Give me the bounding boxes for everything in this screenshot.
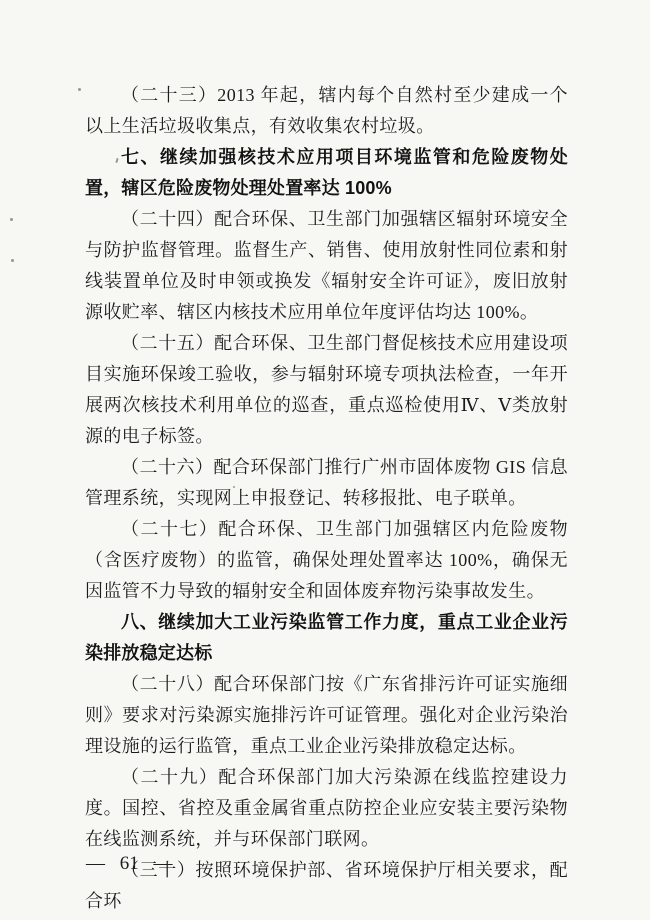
- paragraph-item-27: （二十七）配合环保、卫生部门加强辖区内危险废物（含医疗废物）的监管，确保处理处置…: [85, 514, 568, 607]
- paragraph-item-29: （二十九）配合环保部门加大污染源在线监控建设力度。国控、省控及重金属省重点防控企…: [85, 762, 568, 855]
- scan-speck: [78, 88, 81, 91]
- scan-speck: [233, 486, 235, 488]
- page-number: — 61 —: [86, 852, 173, 876]
- paragraph-item-24: （二十四）配合环保、卫生部门加强辖区辐射环境安全与防护监督管理。监督生产、销售、…: [85, 204, 568, 328]
- paragraph-item-25: （二十五）配合环保、卫生部门督促核技术应用建设项目实施环保竣工验收，参与辐射环境…: [85, 328, 568, 452]
- paragraph-item-28: （二十八）配合环保部门按《广东省排污许可证实施细则》要求对污染源实施排污许可证管…: [85, 669, 568, 762]
- section-heading-7: 七、继续加强核技术应用项目环境监管和危险废物处置，辖区危险废物处理处置率达 10…: [85, 142, 568, 204]
- section-heading-8: 八、继续加大工业污染监管工作力度，重点工业企业污染排放稳定达标: [85, 607, 568, 669]
- document-body: （二十三）2013 年起，辖内每个自然村至少建成一个以上生活垃圾收集点，有效收集…: [85, 80, 568, 917]
- paragraph-item-23: （二十三）2013 年起，辖内每个自然村至少建成一个以上生活垃圾收集点，有效收集…: [85, 80, 568, 142]
- scan-speck: [10, 218, 13, 221]
- scanned-document-page: （二十三）2013 年起，辖内每个自然村至少建成一个以上生活垃圾收集点，有效收集…: [0, 0, 650, 920]
- paragraph-item-26: （二十六）配合环保部门推行广州市固体废物 GIS 信息管理系统，实现网上申报登记…: [85, 452, 568, 514]
- scan-speck: [11, 259, 14, 262]
